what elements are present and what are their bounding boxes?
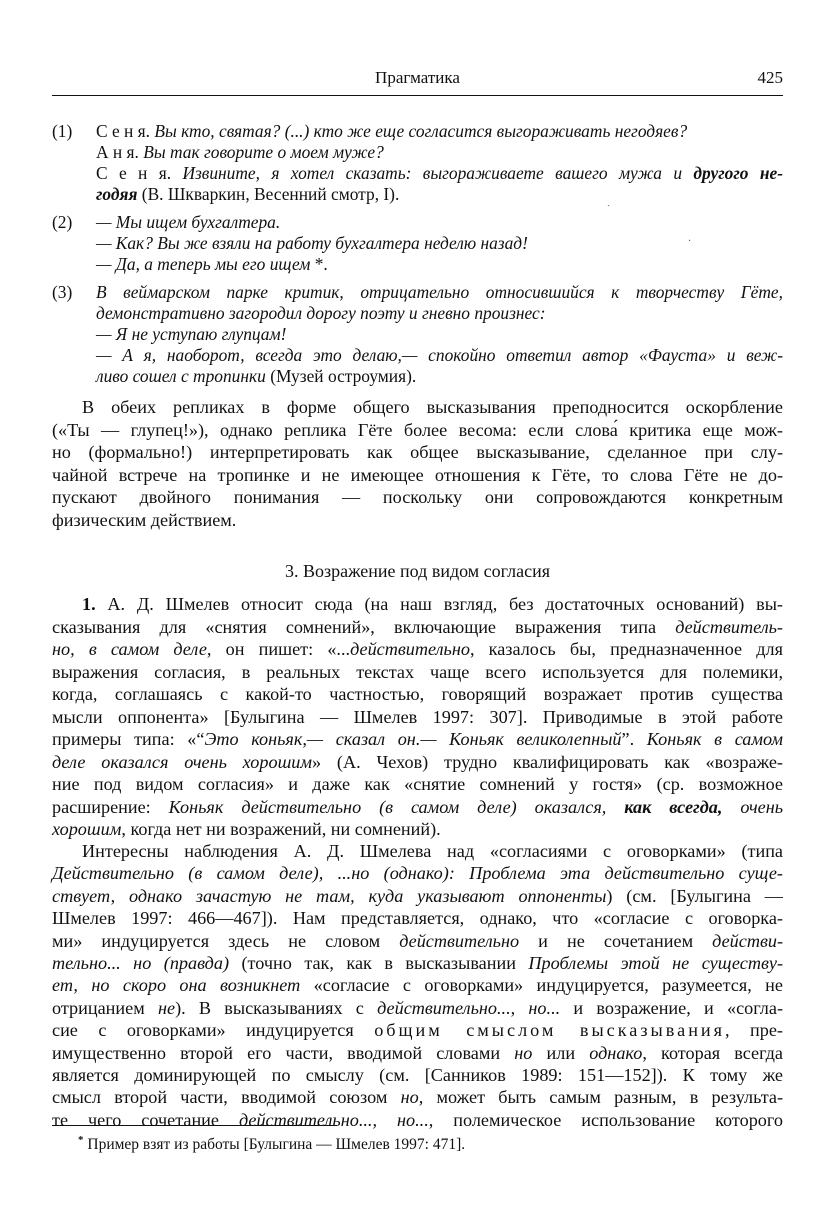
example-line: — Как? Вы же взяли на работу бухгалтера … — [96, 232, 783, 254]
text-run: ”. — [622, 729, 647, 749]
text-run: хорошим — [52, 819, 121, 839]
text-line: чайной встрече на тропинке и не имеющее … — [52, 464, 783, 486]
text-line: отрицанием не). В высказываниях с действ… — [52, 997, 783, 1019]
text-run: *. — [310, 254, 327, 274]
text-line: сказывания для «снятия сомнений», включа… — [52, 616, 783, 638]
text-run: Коньяк в самом — [647, 729, 783, 749]
text-run: — Да, а теперь мы его ищем — [96, 254, 310, 274]
text-run: пускают двойного понимания — поскольку о… — [52, 487, 783, 507]
text-line: примеры типа: «“Это коньяк,— сказал он.—… — [52, 728, 783, 750]
text-line: выражения согласия, в реальных текстах ч… — [52, 661, 783, 683]
text-run: физическим действием. — [52, 510, 236, 530]
text-run: , казалось бы, предназначенное для — [470, 639, 783, 659]
text-run: деле оказался очень хорошим — [52, 752, 312, 772]
scan-speck: ˏ — [607, 196, 610, 207]
text-run: примеры типа: «“ — [52, 729, 204, 749]
text-run: и возражение, и «согла- — [560, 998, 783, 1018]
text-line: смысл второй части, вводимой союзом но, … — [52, 1086, 783, 1108]
text-run: Интересны наблюдения А. Д. Шмелева над «… — [82, 841, 783, 861]
text-line: ствует, однако зачастую не там, куда ука… — [52, 885, 783, 907]
text-run: ствует, однако зачастую не там, куда ука… — [52, 886, 606, 906]
footnote-rule — [52, 1125, 337, 1126]
text-run: (Музей остроумия). — [266, 366, 416, 386]
footnote-marker: * — [78, 1134, 84, 1146]
text-run: » (А. Чехов) трудно квалифицировать как … — [312, 752, 783, 772]
text-line: Шмелев 1997: 466—467]). Нам представляет… — [52, 907, 783, 929]
text-run: действительно — [399, 931, 519, 951]
text-run: — А я, наоборот, всегда это делаю,— спок… — [96, 345, 783, 365]
text-run: когда, соглашаясь с какой-то частностью,… — [52, 684, 783, 704]
text-run: другого не- — [693, 163, 783, 183]
text-line: В обеих репликах в форме общего высказыв… — [82, 396, 783, 418]
text-run: , пре- — [725, 1020, 783, 1040]
text-line: пускают двойного понимания — поскольку о… — [52, 486, 783, 508]
text-run: ние под видом согласия» и даже как «снят… — [52, 774, 783, 794]
text-run: как всегда, — [624, 797, 722, 817]
text-run: Вы так говорите о моем муже? — [143, 142, 384, 162]
text-run: сказывания для «снятия сомнений», включа… — [52, 617, 675, 637]
text-line: когда, соглашаясь с какой-то частностью,… — [52, 683, 783, 705]
text-run: А н я. — [96, 142, 143, 162]
text-run: или — [532, 1043, 589, 1063]
text-run: (В. Шкваркин, Весенний смотр, I). — [137, 184, 399, 204]
footnote: * Пример взят из работы [Булыгина — Шмел… — [78, 1134, 465, 1154]
text-run: Извините, я хотел сказать: выгораживаете… — [182, 163, 693, 183]
text-run: действительно..., но... — [239, 1110, 429, 1130]
text-run: действи- — [712, 931, 783, 951]
text-run: Вы кто, святая? (...) кто же еще согласи… — [154, 121, 687, 141]
text-line: является доминирующей по смыслу (см. [Са… — [52, 1064, 783, 1086]
text-run: однако — [589, 1043, 642, 1063]
text-line: мысли оппонента» [Булыгина — Шмелев 1997… — [52, 706, 783, 728]
text-line: физическим действием. — [52, 509, 783, 531]
text-run: , когда нет ни возражений, ни сомнений). — [121, 819, 440, 839]
example-line: В веймарском парке критик, отрицательно … — [96, 281, 783, 303]
footnote-text: Пример взят из работы [Булыгина — Шмелев… — [87, 1136, 465, 1153]
text-run: те чего сочетание — [52, 1110, 239, 1130]
scan-speck: · — [688, 236, 691, 247]
text-run: ). В высказываниях с — [175, 998, 377, 1018]
text-run: Проблемы этой не существу- — [528, 953, 783, 973]
text-run: ливо сошел с тропинки — [96, 366, 266, 386]
example-line: С е н я. Вы кто, святая? (...) кто же ещ… — [96, 120, 783, 142]
text-run: — Я не уступаю глупцам! — [96, 324, 286, 344]
text-line: деле оказался очень хорошим» (А. Чехов) … — [52, 751, 783, 773]
text-run: действительно..., но... — [377, 998, 560, 1018]
example-line: — А я, наоборот, всегда это делаю,— спок… — [96, 344, 783, 366]
book-page: Прагматика 425 (1)С е н я. Вы кто, свята… — [0, 0, 834, 1230]
text-run: («Ты — глупец!»), однако реплика Гёте бо… — [52, 420, 783, 440]
text-line: но (формально!) интерпретировать как общ… — [52, 441, 783, 463]
text-line: имущественно второй его части, вводимой … — [52, 1042, 783, 1064]
text-run: 1. — [82, 594, 96, 614]
example-line: — Мы ищем бухгалтера. — [96, 211, 783, 233]
example-line: — Да, а теперь мы его ищем *. — [96, 253, 783, 275]
example-line: ливо сошел с тропинки (Музей остроумия). — [96, 365, 783, 387]
page-number: 425 — [758, 68, 784, 88]
text-line: те чего сочетание действительно..., но..… — [52, 1109, 783, 1131]
text-run: тельно... но (правда) — [52, 953, 229, 973]
example-number: (3) — [52, 281, 72, 303]
running-title: Прагматика — [52, 68, 783, 88]
text-line: расширение: Коньяк действительно (в само… — [52, 796, 783, 818]
text-run: В веймарском парке критик, отрицательно … — [96, 282, 783, 302]
text-run: но — [401, 1087, 419, 1107]
text-run: и не сочетанием — [519, 931, 712, 951]
text-run: имущественно второй его части, вводимой … — [52, 1043, 514, 1063]
text-run: А. Д. Шмелев относит сюда (на наш взгляд… — [96, 594, 783, 614]
text-run: Шмелев 1997: 466—467]). Нам представляет… — [52, 908, 783, 928]
text-run: С е н я. — [96, 163, 182, 183]
text-run: выражения согласия, в реальных текстах ч… — [52, 662, 783, 682]
text-line: ми» индуцируется здесь не словом действи… — [52, 930, 783, 952]
text-run: — Как? Вы же взяли на работу бухгалтера … — [96, 233, 528, 253]
example-line: годяя (В. Шкваркин, Весенний смотр, I). — [96, 183, 783, 205]
text-run: Это коньяк,— сказал он.— Коньяк великоле… — [204, 729, 621, 749]
text-run: Действительно (в самом деле), ...но (одн… — [52, 863, 783, 883]
text-line: сие с оговорками» индуцируется общим смы… — [52, 1019, 783, 1041]
text-run: очень — [722, 797, 783, 817]
text-run: — Мы ищем бухгалтера. — [96, 212, 280, 232]
example-line: — Я не уступаю глупцам! — [96, 323, 783, 345]
text-run: но — [514, 1043, 532, 1063]
text-line: ет, но скоро она возникнет «согласие с о… — [52, 974, 783, 996]
text-line: но, в самом деле, он пишет: «...действит… — [52, 638, 783, 660]
text-run: расширение: — [52, 797, 169, 817]
text-run: , полемическое использование которого — [429, 1110, 783, 1130]
example-number: (1) — [52, 120, 72, 142]
text-run: С е н я. — [96, 121, 154, 141]
header-rule — [52, 95, 783, 96]
text-run: (точно так, как в высказывании — [229, 953, 528, 973]
text-run: сие с оговорками» индуцируется — [52, 1020, 374, 1040]
running-head: Прагматика 425 — [52, 68, 783, 90]
text-run: Коньяк действительно (в самом деле) оказ… — [169, 797, 625, 817]
text-run: но (формально!) интерпретировать как общ… — [52, 442, 783, 462]
text-run: , он пишет: «... — [207, 639, 350, 659]
example-line: С е н я. Извините, я хотел сказать: выго… — [96, 162, 783, 184]
text-run: но, в самом деле — [52, 639, 207, 659]
text-line: Действительно (в самом деле), ...но (одн… — [52, 862, 783, 884]
text-run: «согласие с оговорками» индуцируется, ра… — [300, 975, 783, 995]
text-run: чайной встрече на тропинке и не имеющее … — [52, 465, 783, 485]
text-line: («Ты — глупец!»), однако реплика Гёте бо… — [52, 419, 783, 441]
text-run: , может быть самым разным, в результа- — [419, 1087, 783, 1107]
text-run: действитель- — [675, 617, 783, 637]
text-run: смысл второй части, вводимой союзом — [52, 1087, 401, 1107]
text-run: не — [158, 998, 175, 1018]
text-line: хорошим, когда нет ни возражений, ни сом… — [52, 818, 783, 840]
example-number: (2) — [52, 211, 72, 233]
text-run: ет, но скоро она возникнет — [52, 975, 300, 995]
text-run: мысли оппонента» [Булыгина — Шмелев 1997… — [52, 707, 783, 727]
text-run: общим смыслом высказывания — [374, 1020, 725, 1040]
example-line: А н я. Вы так говорите о моем муже? — [96, 141, 783, 163]
text-run: действительно — [350, 639, 470, 659]
text-run: , которая всегда — [642, 1043, 783, 1063]
text-run: ми» индуцируется здесь не словом — [52, 931, 399, 951]
text-run: отрицанием — [52, 998, 158, 1018]
text-run: ) (см. [Булыгина — — [606, 886, 783, 906]
text-run: является доминирующей по смыслу (см. [Са… — [52, 1065, 783, 1085]
text-line: 1. А. Д. Шмелев относит сюда (на наш взг… — [82, 593, 783, 615]
section-heading: 3. Возражение под видом согласия — [52, 561, 783, 582]
text-run: В обеих репликах в форме общего высказыв… — [82, 397, 783, 417]
text-run: демонстративно загородил дорогу поэту и … — [96, 303, 546, 323]
text-line: ние под видом согласия» и даже как «снят… — [52, 773, 783, 795]
text-line: тельно... но (правда) (точно так, как в … — [52, 952, 783, 974]
text-run: годяя — [96, 184, 137, 204]
text-line: Интересны наблюдения А. Д. Шмелева над «… — [82, 840, 783, 862]
example-line: демонстративно загородил дорогу поэту и … — [96, 302, 783, 324]
